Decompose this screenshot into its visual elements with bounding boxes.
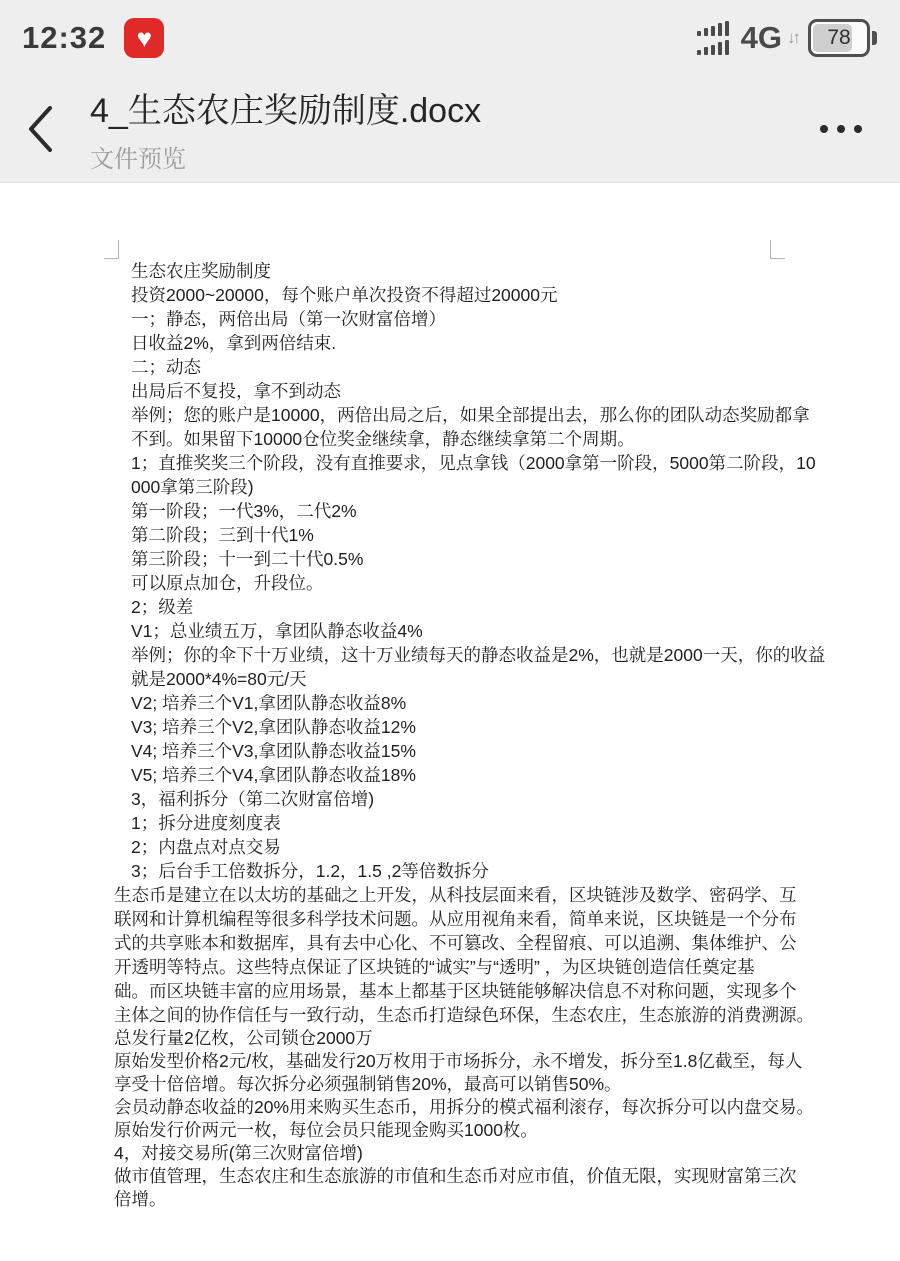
document-text-line: V2; 培养三个V1,拿团队静态收益8% — [131, 691, 900, 715]
document-text-line: V4; 培养三个V3,拿团队静态收益15% — [131, 739, 900, 763]
document-text-line: 生态币是建立在以太坊的基础之上开发，从科技层面来看，区块链涉及数学、密码学、互 — [114, 883, 900, 907]
document-text-line: 2；内盘点对点交易 — [131, 835, 900, 859]
ellipsis-dot — [820, 125, 828, 133]
network-type-label: 4G — [741, 20, 782, 56]
document-text-line: 主体之间的协作信任与一致行动，生态币打造绿色环保，生态农庄，生态旅游的消费溯源。 — [114, 1003, 900, 1027]
dual-signal-bars-icon — [697, 21, 729, 55]
clock-text: 12:32 — [22, 20, 106, 56]
document-text-line: 总发行量2亿枚，公司锁仓2000万 — [114, 1027, 900, 1050]
document-text-line: 会员动静态收益的20%用来购买生态币，用拆分的模式福利滚存，每次拆分可以内盘交易… — [114, 1096, 900, 1119]
document-text-line: 第三阶段；十一到二十代0.5% — [131, 547, 900, 571]
document-text-line: 3，福利拆分（第二次财富倍增) — [131, 787, 900, 811]
document-text-line: 1；直推奖奖三个阶段，没有直推要求，见点拿钱（2000拿第一阶段，5000第二阶… — [131, 451, 900, 475]
battery-nub — [872, 31, 877, 45]
document-text-line: 不到。如果留下10000仓位奖金继续拿，静态继续拿第二个周期。 — [131, 427, 900, 451]
page-corner-mark-left — [104, 240, 119, 259]
back-button[interactable] — [26, 97, 70, 161]
document-text-line: 第二阶段；三到十代1% — [131, 523, 900, 547]
document-text-line: 础。而区块链丰富的应用场景，基本上都基于区块链能够解决信息不对称问题，实现多个 — [114, 979, 900, 1003]
document-text-line: 2；级差 — [131, 595, 900, 619]
header-text-block: 4_生态农庄奖励制度.docx 文件预览 — [90, 83, 816, 174]
document-text-line: V1；总业绩五万，拿团队静态收益4% — [131, 619, 900, 643]
document-text-line: 出局后不复投，拿不到动态 — [131, 379, 900, 403]
document-text-line: 倍增。 — [114, 1188, 900, 1211]
document-text-line: 日收益2%，拿到两倍结束. — [131, 331, 900, 355]
more-options-button[interactable] — [816, 113, 866, 145]
document-text-line: 4，对接交易所(第三次财富倍增) — [114, 1142, 900, 1165]
document-text-line: 3；后台手工倍数拆分，1.2，1.5 ,2等倍数拆分 — [131, 859, 900, 883]
preview-subtitle: 文件预览 — [90, 139, 816, 174]
document-page[interactable]: 生态农庄奖励制度投资2000~20000，每个账户单次投资不得超过20000元一… — [0, 183, 900, 1261]
heart-app-icon: ♥ — [124, 18, 164, 58]
document-text-line: 000拿第三阶段) — [131, 475, 900, 499]
preview-header: 4_生态农庄奖励制度.docx 文件预览 — [0, 75, 900, 182]
up-down-arrows-icon: ↓↑ — [787, 28, 798, 48]
document-text-line: 原始发型价格2元/枚，基础发行20万枚用于市场拆分，永不增发，拆分至1.8亿截至… — [114, 1050, 900, 1073]
document-text-line: 投资2000~20000，每个账户单次投资不得超过20000元 — [131, 283, 900, 307]
document-text-line: 原始发行价两元一枚，每位会员只能现金购买1000枚。 — [114, 1119, 900, 1142]
chevron-left-icon — [26, 104, 54, 154]
document-text-line: 二；动态 — [131, 355, 900, 379]
status-bar: 12:32 ♥ 4G ↓↑ 78 — [0, 0, 900, 75]
document-text-line: V5; 培养三个V4,拿团队静态收益18% — [131, 763, 900, 787]
document-text-line: 可以原点加仓，升段位。 — [131, 571, 900, 595]
signal-row-sim2 — [697, 40, 729, 55]
blockchain-paragraph-section: 生态币是建立在以太坊的基础之上开发，从科技层面来看，区块链涉及数学、密码学、互联… — [114, 883, 900, 1027]
document-text-line: 举例；您的账户是10000，两倍出局之后，如果全部提出去，那么你的团队动态奖励都… — [131, 403, 900, 427]
battery-percent: 78 — [827, 26, 850, 50]
document-text-line: 1；拆分进度刻度表 — [131, 811, 900, 835]
battery-icon: 78 — [808, 19, 870, 57]
document-title: 4_生态农庄奖励制度.docx — [90, 83, 816, 132]
document-text-line: V3; 培养三个V2,拿团队静态收益12% — [131, 715, 900, 739]
ellipsis-dot — [837, 125, 845, 133]
document-text-line: 做市值管理，生态农庄和生态旅游的市值和生态币对应市值，价值无限，实现财富第三次 — [114, 1165, 900, 1188]
document-text-line: 举例；你的伞下十万业绩，这十万业绩每天的静态收益是2%，也就是2000一天，你的… — [131, 643, 900, 667]
phone-screen: 12:32 ♥ 4G ↓↑ 78 4_生态农庄奖励制度.d — [0, 0, 900, 1261]
document-text-line: 生态农庄奖励制度 — [131, 259, 900, 283]
document-text-line: 享受十倍倍增。每次拆分必须强制销售20%，最高可以销售50%。 — [114, 1073, 900, 1096]
app-chrome: 12:32 ♥ 4G ↓↑ 78 4_生态农庄奖励制度.d — [0, 0, 900, 183]
reward-rules-section: 生态农庄奖励制度投资2000~20000，每个账户单次投资不得超过20000元一… — [131, 259, 900, 883]
signal-row-sim1 — [697, 21, 729, 36]
document-text-line: 联网和计算机编程等很多科学技术问题。从应用视角来看，简单来说，区块链是一个分布 — [114, 907, 900, 931]
ellipsis-dot — [854, 125, 862, 133]
document-text-line: 就是2000*4%=80元/天 — [131, 667, 900, 691]
document-text-line: 第一阶段；一代3%，二代2% — [131, 499, 900, 523]
document-text-line: 一；静态，两倍出局（第一次财富倍增） — [131, 307, 900, 331]
eco-coin-section: 总发行量2亿枚，公司锁仓2000万原始发型价格2元/枚，基础发行20万枚用于市场… — [114, 1027, 900, 1211]
document-text-line: 式的共享账本和数据库，具有去中心化、不可篡改、全程留痕、可以追溯、集体维护、公 — [114, 931, 900, 955]
page-corner-mark-right — [770, 240, 785, 259]
document-content: 生态农庄奖励制度投资2000~20000，每个账户单次投资不得超过20000元一… — [0, 183, 900, 1211]
document-text-line: 开透明等特点。这些特点保证了区块链的“诚实”与“透明” ，为区块链创造信任奠定基 — [114, 955, 900, 979]
